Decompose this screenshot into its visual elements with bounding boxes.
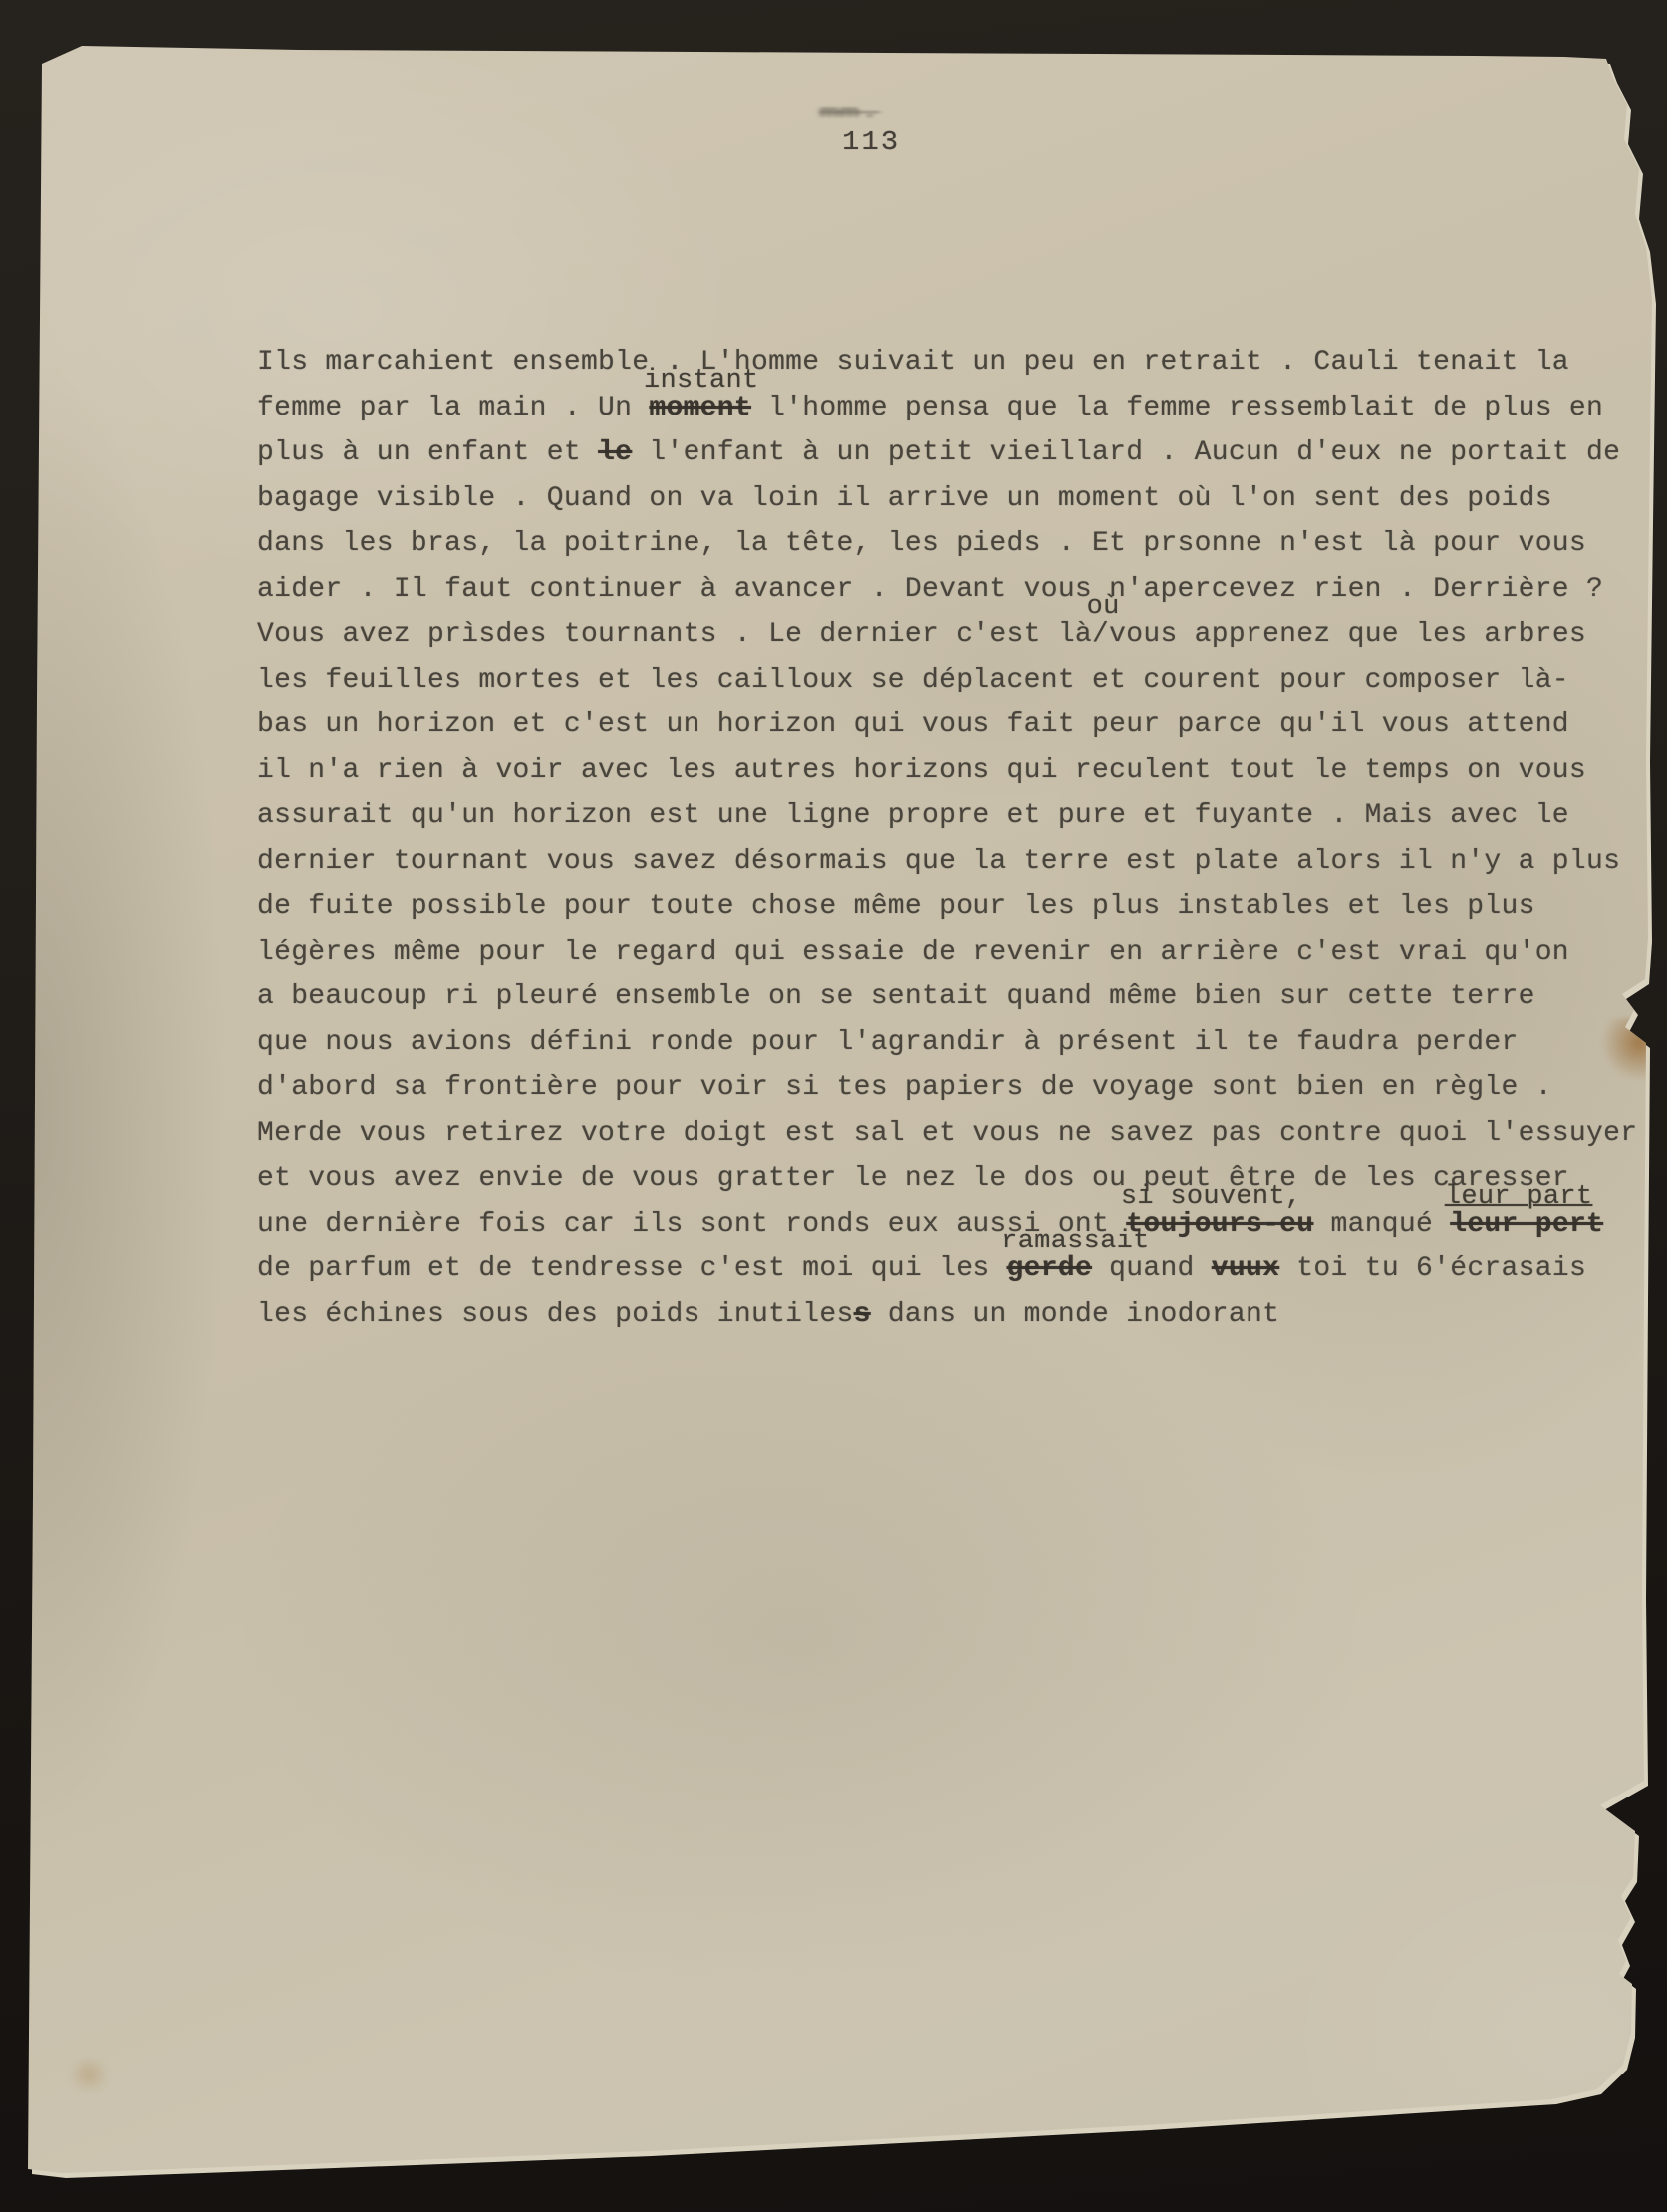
- text-line: bagage visible . Quand on va loin il arr…: [257, 476, 1657, 522]
- correction: ramassaitgerde: [1007, 1246, 1093, 1292]
- text-run: légères même pour le regard qui essaie d…: [257, 937, 1569, 968]
- correction: où/: [1092, 612, 1109, 658]
- overtype-smudge: mm.: [819, 102, 880, 122]
- text-run: dernier tournant vous savez désormais qu…: [257, 846, 1620, 877]
- text-line: il n'a rien à voir avec les autres horiz…: [257, 748, 1657, 794]
- text-run: aider . Il faut continuer à avancer . De…: [257, 574, 1603, 605]
- manuscript-page: mm. 113 Ils marcahient ensemble . L'homm…: [0, 0, 1667, 2212]
- text-line: dans les bras, la poitrine, la tête, les…: [257, 521, 1657, 567]
- text-run: de parfum et de tendresse c'est moi qui …: [257, 1253, 1007, 1284]
- text-line: Merde vous retirez votre doigt est sal e…: [257, 1111, 1657, 1157]
- text-run: assurait qu'un horizon est une ligne pro…: [257, 800, 1569, 831]
- typewritten-text: Ils marcahient ensemble . L'homme suivai…: [257, 340, 1657, 1337]
- text-line: que nous avions défini ronde pour l'agra…: [257, 1020, 1657, 1066]
- text-line: une dernière fois car ils sont ronds eux…: [257, 1202, 1657, 1247]
- stain-bottom-left: [66, 2059, 112, 2090]
- text-run: les échines sous des poids inutiles: [257, 1299, 854, 1330]
- text-line: légères même pour le regard qui essaie d…: [257, 930, 1657, 975]
- text-run: dans les bras, la poitrine, la tête, les…: [257, 528, 1586, 559]
- text-line: de fuite possible pour toute chose même …: [257, 884, 1657, 930]
- inserted-text: où: [1087, 585, 1120, 631]
- text-line: les feuilles mortes et les cailloux se d…: [257, 658, 1657, 703]
- text-run: Merde vous retirez votre doigt est sal e…: [257, 1118, 1637, 1149]
- correction: instantmoment: [649, 386, 751, 431]
- text-line: dernier tournant vous savez désormais qu…: [257, 839, 1657, 885]
- text-run: les feuilles mortes et les cailloux se d…: [257, 665, 1569, 695]
- struck-text: vuux: [1212, 1253, 1279, 1284]
- text-line: de parfum et de tendresse c'est moi qui …: [257, 1246, 1657, 1292]
- text-run: l'enfant à un petit vieillard . Aucun d'…: [632, 437, 1620, 468]
- page-number: 113: [842, 126, 900, 158]
- text-run: dans un monde inodorant: [871, 1299, 1279, 1330]
- correction: leur partleur pert: [1450, 1202, 1603, 1247]
- photo-background: mm. 113 Ils marcahient ensemble . L'homm…: [0, 0, 1667, 2212]
- text-run: manqué: [1313, 1209, 1450, 1240]
- text-line: d'abord sa frontière pour voir si tes pa…: [257, 1065, 1657, 1111]
- text-run: bas un horizon et c'est un horizon qui v…: [257, 709, 1569, 740]
- text-run: bagage visible . Quand on va loin il arr…: [257, 483, 1552, 514]
- struck-text: le: [598, 437, 632, 468]
- correction: si souvent,toujours-eu: [1126, 1202, 1313, 1247]
- struck-text: s: [854, 1299, 871, 1330]
- inserted-text: instant: [644, 359, 759, 405]
- text-run: une dernière fois car ils sont ronds eux…: [257, 1209, 1126, 1240]
- text-run: il n'a rien à voir avec les autres horiz…: [257, 755, 1586, 786]
- text-line: plus à un enfant et le l'enfant à un pet…: [257, 430, 1657, 476]
- text-run: a beaucoup ri pleuré ensemble on se sent…: [257, 981, 1535, 1012]
- inserted-text: ramassait: [1001, 1220, 1150, 1265]
- text-run: Ils marcahient ensemble . L'homme suivai…: [257, 347, 1569, 378]
- text-run: plus à un enfant et: [257, 437, 598, 468]
- text-line: Vous avez prìsdes tournants . Le dernier…: [257, 612, 1657, 658]
- text-run: Vous avez prìsdes tournants . Le dernier…: [257, 619, 1092, 650]
- text-run: l'homme pensa que la femme ressemblait d…: [751, 393, 1603, 423]
- text-line: les échines sous des poids inutiless dan…: [257, 1292, 1657, 1338]
- text-run: de fuite possible pour toute chose même …: [257, 891, 1535, 922]
- text-run: toi tu 6'écrasais: [1279, 1253, 1586, 1284]
- text-line: assurait qu'un horizon est une ligne pro…: [257, 793, 1657, 839]
- text-run: et vous avez envie de vous gratter le ne…: [257, 1163, 1569, 1194]
- text-run: femme par la main . Un: [257, 393, 649, 423]
- text-line: bas un horizon et c'est un horizon qui v…: [257, 702, 1657, 748]
- text-line: Ils marcahient ensemble . L'homme suivai…: [257, 340, 1657, 386]
- text-line: femme par la main . Un instantmoment l'h…: [257, 386, 1657, 431]
- inserted-text: si souvent,: [1121, 1175, 1302, 1221]
- text-run: que nous avions défini ronde pour l'agra…: [257, 1027, 1519, 1058]
- text-run: d'abord sa frontière pour voir si tes pa…: [257, 1072, 1552, 1103]
- text-run: vous apprenez que les arbres: [1109, 619, 1586, 650]
- text-line: a beaucoup ri pleuré ensemble on se sent…: [257, 974, 1657, 1020]
- text-line: aider . Il faut continuer à avancer . De…: [257, 567, 1657, 613]
- inserted-text: leur part: [1445, 1175, 1593, 1221]
